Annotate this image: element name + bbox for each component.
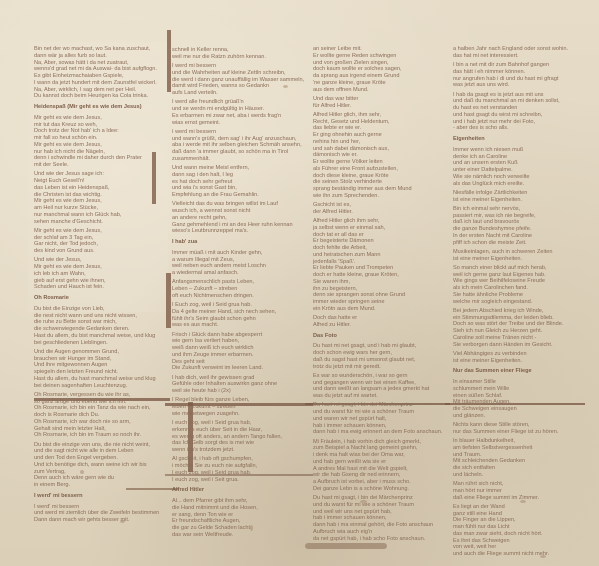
lyrics-line: I werd mi bessern: [172, 63, 312, 70]
lyrics-line: Es gibt Einheizmachaiaben Gspiele,: [34, 73, 168, 80]
lyrics-line: Oh Rosmarie, vergessen du wie ihr as,: [34, 392, 168, 399]
lyrics-line: Na, Aber, wirklich, I sag dem net per He…: [34, 87, 168, 94]
lyrics-line: oft euch Nichtmenschen dringen.: [172, 293, 312, 300]
song-title: I hab' zua: [172, 239, 312, 246]
lyrics-line: ist eine meiner Eigenheiten.: [453, 358, 599, 365]
lyrics-line: I euch zog, weil i Seid grua hab,: [172, 420, 312, 427]
lyrics-line: Doch trotz der Not hab' ich a Idee:: [34, 128, 168, 135]
lyrics-line: Wie gings wer Beihilfeloseine Freude: [453, 278, 599, 285]
lyrics-stanza: Alfred Hitler glich ihm sehr,ja selbst w…: [313, 218, 449, 313]
lyrics-line: Er wollte gerne Reden schwingen: [313, 53, 449, 60]
lyrics-line: Und wann meine Meisl entfern,: [172, 165, 312, 172]
lyrics-line: wie meinetwegen zuagehn.: [172, 411, 312, 418]
lyrics-stanza: an seiner Leibe mit.Er wollte gerne Rede…: [313, 46, 449, 93]
lyrics-line: doch diese kleine, graue Kröte: [313, 173, 449, 180]
lyrics-stanza: a halben Jahr nach England oder sonst wo…: [453, 46, 599, 60]
lyrics-stanza: Und das war bitterfür Alfred Hitler.: [313, 96, 449, 110]
lyrics-line: es wenig oft anders, an andern Tango fal…: [172, 434, 312, 441]
lyrics-line: Schaden und Hauch ist fein.: [34, 284, 168, 291]
lyrics-line: dann wär ja alles furb so laut.: [34, 53, 168, 60]
lyrics-line: du hast es net verstanden: [453, 105, 599, 112]
lyrics-line: In der ersten Nacht mit Caroline: [453, 233, 599, 240]
lyrics-line: und sah dabei dämonisch aus,: [313, 146, 449, 153]
lyrics-stanza: Immer wenn ich niesen mußdenke ich an Ca…: [453, 147, 599, 188]
lyrics-line: erkennt's euch über Seit in die Haar,: [172, 427, 312, 434]
lyrics-stanza: Bin net der wo machast, wo Sa kana zusch…: [34, 46, 168, 100]
lyrics-line: und werd mi ziemlich über die Zweifeln b…: [34, 510, 168, 517]
lyrics-line: Oh Rosmarie, ich war doch nie so arm,: [34, 419, 168, 426]
lyrics-line: einen süßen Schlaf.: [453, 393, 599, 400]
lyrics-line: und lächeln.: [453, 472, 599, 479]
lyrics-stanza: Es war so wunderschön, i war so gernund …: [313, 373, 449, 400]
lyrics-line: Mit schleichenden Gedanken: [453, 458, 599, 465]
lyrics-line: brauchen wir Hunger im Stand,: [34, 356, 168, 363]
lyrics-line: wenns'd grad net mi da Auswai- da bist a…: [34, 66, 168, 73]
lyrics-line: pfiff ich schon die meiste Zeit.: [453, 240, 599, 247]
lyrics-line: die Christen ist das wichtig.: [34, 192, 168, 199]
lyrics-line: leben – Zukunft – streben: [172, 404, 312, 411]
lyrics-line: Na, Aber, sowas hätt i da net zuatraut,: [34, 60, 168, 67]
lyrics-line: die sich entfalten: [453, 465, 599, 472]
lyrics-line: Empfehlung an die Frau Gemahlin.: [172, 192, 312, 199]
lyrics-stanza: I hab dich, weil ihr gewissen gradGefühl…: [172, 375, 312, 395]
lyrics-line: und i hab jetzt nur mehr dei Foto,: [453, 119, 599, 126]
lyrics-line: Niesfälle infolge Zärtlichkeiten: [453, 190, 599, 197]
lyrics-line: Alfred Hitler glich ihm sehr,: [313, 218, 449, 225]
lyrics-line: weil sie heute hab i (2x): [172, 388, 312, 395]
lyrics-line: Du bist die einzige von uns, die nie nic…: [34, 442, 168, 449]
lyrics-line: dämonisch wie er.: [313, 152, 449, 159]
lyrics-line: als ich mein Carolinchen fand.: [453, 285, 599, 292]
lyrics-column-1: Bin net der wo machast, wo Sa kana zusch…: [34, 46, 168, 526]
lyrics-line: Mit träumenden Augen,: [453, 399, 599, 406]
lyrics-line: und gegangen wenn wir bei einen Kaffee,: [313, 380, 449, 387]
lyrics-line: Gefühle oder Inhalten auswirkn ganz ohne: [172, 381, 312, 388]
lyrics-line: Gar nicht, der Tod jedoch,: [34, 241, 168, 248]
lyrics-line: Er wollte gerne Völker leiten: [313, 159, 449, 166]
lyrics-line: nehins hin und her,: [313, 139, 449, 146]
lyrics-stanza: Frisch i Glück dann habe abgesperrtwie g…: [172, 332, 312, 373]
lyrics-line: I Euch zog, weil i Seid grua hab.: [172, 302, 312, 309]
lyrics-line: Es liegt an der Wand: [453, 504, 599, 511]
lyrics-line: Mir geht es wie dem Jesus,: [34, 198, 168, 205]
lyrics-line: für Alfred Hitler.: [313, 103, 449, 110]
lyrics-line: Anfangsmenschlich pasts Leben,: [172, 279, 312, 286]
lyrics-stanza: Du hast mi net gsagt, und i hab mi glaub…: [313, 343, 449, 370]
lyrics-line: das Ich Gelb sorgt des is mei wie: [172, 440, 312, 447]
lyrics-line: trotz du jetzt mit mir geredt.: [313, 364, 449, 371]
lyrics-line: passiert mir, was ich nie begreife,: [453, 213, 599, 220]
lyrics-line: a Aufbruch ist vorbei, aber i muss scho.: [313, 479, 449, 486]
lyrics-stanza: Viel Abhängiges zu verbindenist eine mei…: [453, 351, 599, 365]
lyrics-stanza: Und wie der Jesus sage ich:Neigt Euch Ge…: [34, 171, 168, 225]
lyrics-line: weil me nur die Ratzn zuhörn kennan.: [172, 54, 312, 61]
lyrics-line: und heiratschen zum Mann: [313, 252, 449, 259]
lyrics-line: jedenfalls 'Spaß'.: [313, 259, 449, 266]
lyrics-stanza: schnell in Keller renna,weil me nur die …: [172, 47, 312, 61]
lyrics-line: und hab gern weißt wia sie er: [313, 459, 449, 466]
lyrics-line: doch er hatte kleine, graue Kröten,: [313, 272, 449, 279]
lyrics-stanza: Musikeinlagen, auch in schweren Zeitenis…: [453, 249, 599, 263]
lyrics-line: 'ne ganze kleine, graue Kröte: [313, 80, 449, 87]
lyrics-line: nur manchmal wann ich Glück hab,: [34, 212, 168, 219]
song-title: I werd' mi bessern: [34, 493, 168, 500]
lyrics-line: Es erbarmen mi zwar net, aba i werds fra…: [172, 113, 312, 120]
lyrics-line: doch tat er all das er: [313, 232, 449, 239]
lyrics-line: Er ging ohnehin auch gerne: [313, 132, 449, 139]
lyrics-line: wieso's Leutbrunnzeppel ma's.: [172, 228, 312, 235]
lyrics-line: Denn auch ich wäre gern wie du: [34, 475, 168, 482]
lyrics-line: In blauer Halbdunkelheit,: [453, 438, 599, 445]
lyrics-stanza: Alfred Hitler glich, ihm sehr,Recht, Ges…: [313, 112, 449, 200]
lyrics-line: Hast du allem, du bist manchmal weise, u…: [34, 333, 168, 340]
lyrics-line: unter einer Dattelpalme.: [453, 167, 599, 174]
song-title: Oh Rosmarie: [34, 295, 168, 302]
lyrics-column-4: a halben Jahr nach England oder sonst wo…: [453, 46, 599, 560]
lyrics-line: Immer wenn ich niesen muß: [453, 147, 599, 154]
lyrics-line: doch fehlte die Arbeit,: [313, 245, 449, 252]
lyrics-line: Alfred zu Hitler.: [313, 322, 449, 329]
lyrics-line: Bei jedem Abschied krieg ich Winde,: [453, 308, 599, 315]
lyrics-line: Doch das hatte er: [313, 315, 449, 322]
lyrics-line: weil neben euch andern meist Loschn: [172, 263, 312, 270]
lyrics-line: Du hast mi gsagt, i bin dei Märchenprinz: [313, 495, 449, 502]
lyrics-line: I bin a net mit dir zum Bahnhof gangen: [453, 62, 599, 69]
lyrics-stanza: Mir geht es wie dem Jesus,mir tut das Kr…: [34, 115, 168, 169]
lyrics-line: die Schweigen einsaugen: [453, 406, 599, 413]
lyrics-stanza: In einsamer Stilleschlummert mein Willee…: [453, 379, 599, 420]
lyrics-line: wir die hab Gseng dir ned erinnern,: [313, 472, 449, 479]
lyrics-line: ein Krötn aus dem Mund.: [313, 306, 449, 313]
lyrics-line: hab i immer schauen können,: [313, 423, 449, 430]
lyrics-stanza: Und die Augen genommen Grund,brauchen wi…: [34, 349, 168, 390]
lyrics-line: Mir geht es wie dem Jesus,: [34, 228, 168, 235]
lyrics-line: und an unsern ersten Kuß: [453, 160, 599, 167]
lyrics-column-2: schnell in Keller renna,weil me nur die …: [172, 47, 312, 541]
lyrics-line: und wann's grüßt, dem sag' i ihr Aug' an…: [172, 136, 312, 143]
lyrics-line: schlummert mein Wille: [453, 386, 599, 393]
lyrics-line: fühlt ihr's Seim glaubt schon gehn: [172, 316, 312, 323]
lyrics-stanza: I werd mi bessernund wann's grüßt, dem s…: [172, 129, 312, 163]
lyrics-line: und dann weißt an langsam a jedes gmerkt…: [313, 386, 449, 393]
lyrics-stanza: Du hast mi gsagt, i bin dei Märchenprinz…: [313, 402, 449, 436]
lyrics-stanza: In blauer Halbdunkelheit,am tiefsten Sel…: [453, 438, 599, 479]
lyrics-line: Und die Augen genommen Grund,: [34, 349, 168, 356]
lyrics-line: Er freundschaftliche Augen,: [172, 518, 312, 525]
lyrics-line: Und ihre mitgewonnen Augen: [34, 362, 168, 369]
lyrics-line: die ruhe zu Bette sonst war mich,: [34, 319, 168, 326]
lyrics-line: I hab dich, weil ihr gewissen grad: [172, 375, 312, 382]
lyrics-line: damit wird Frieden, wanns so Gedankn: [172, 83, 312, 90]
lyrics-line: immer wieder springen seine: [313, 299, 449, 306]
lyrics-line: und du warst für mi wie a schöner Traum: [313, 502, 449, 509]
lyrics-line: Sie verborgen dann Händen im Gesicht.: [453, 342, 599, 349]
lyrics-line: a halben Jahr nach England oder sonst wo…: [453, 46, 599, 53]
lyrics-line: dann hab i ma einmal gehört, die Foto an…: [313, 522, 449, 529]
lyrics-line: und du warst für mi wie a schöner Traum: [313, 409, 449, 416]
lyrics-line: Frisch i Glück dann habe abgesperrt: [172, 332, 312, 339]
lyrics-line: ist eine meiner Eigenheiten.: [453, 197, 599, 204]
lyrics-line: Und ich benötige dich, wann weine ich wi…: [34, 462, 168, 469]
lyrics-line: Sie hatte ähnliche Probleme: [453, 292, 599, 299]
lyrics-line: schnell in Keller renna,: [172, 47, 312, 54]
lyrics-line: I Regel bleib fürs ganze Leben,: [172, 397, 312, 404]
lyrics-line: was jetzt aus uns wird.: [453, 82, 599, 89]
lyrics-line: Man rührt sich nicht,: [453, 481, 599, 488]
song-title: Nur das Summen einer Fliege: [453, 368, 599, 375]
lyrics-line: und se werdn mi endgültig in Häuser.: [172, 106, 312, 113]
lyrics-line: und weil wir uns net gspürt hab,: [313, 509, 449, 516]
lyrics-line: Immer müaß i mit auch Kinder gehn,: [172, 250, 312, 257]
lyrics-line: ganz still eine Hand: [453, 511, 599, 518]
lyrics-line: I euch zog, weil i Seit grua.: [172, 477, 312, 484]
lyrics-line: Dei ganze Lebn is a schöne Wohnung.: [313, 486, 449, 493]
lyrics-line: denn i schwindle mi daher durch den Prat…: [34, 155, 168, 162]
lyrics-line: Leben – Zukunft – streben: [172, 286, 312, 293]
lyrics-line: Er begeisterte Dämonen: [313, 238, 449, 245]
song-title: Das Foto: [313, 333, 449, 340]
lyrics-line: doch is Rosmarie dich Du.: [34, 412, 168, 419]
lyrics-line: Es war so wunderschön, i war so gern: [313, 373, 449, 380]
lyrics-line: die werd i dann ganz unauffällig im Wass…: [172, 77, 312, 84]
lyrics-line: i möchte Sie zu euch nie aufgfalln,: [172, 463, 312, 470]
lyrics-line: Mir geht es wie dem Jesus,: [34, 264, 168, 271]
lyrics-line: das Leben ist ein Heidenspaß,: [34, 185, 168, 192]
lyrics-line: ich leb ich am Wahn,: [34, 271, 168, 278]
lyrics-column-3: an seiner Leibe mit.Er wollte gerne Rede…: [313, 46, 449, 545]
lyrics-line: von weit, weit her: [453, 544, 599, 551]
lyrics-line: am tiefsten Selbstvergessenheit: [453, 445, 599, 452]
lyrics-line: Recht, Gesetz und Heldentum,: [313, 119, 449, 126]
lyrics-stanza: Mir geht es wie dem Jesus,der schlaf am …: [34, 228, 168, 255]
lyrics-line: Und wie der Jesus sage ich:: [34, 171, 168, 178]
lyrics-line: Es ihnt das Schweigen: [453, 538, 599, 545]
lyrics-line: denn sie sprangen sonst ohne Grund: [313, 292, 449, 299]
lyrics-line: das war sein Weltfreude.: [172, 532, 312, 539]
lyrics-line: Du hast mi net gsagt, und i hab mi glaub…: [313, 343, 449, 350]
lyrics-line: Bin net der wo machast, wo Sa kana zusch…: [34, 46, 168, 53]
lyrics-line: I wann da jetzt hundert mit dem Zaunstfe…: [34, 80, 168, 87]
lyrics-line: In einsamer Stille: [453, 379, 599, 386]
lyrics-line: doch kaum wollte er solches sagen,: [313, 66, 449, 73]
lyrics-line: I werd' mi bessern: [34, 504, 168, 511]
lyrics-line: I hab da gsagt es is jetzt aus mit uns: [453, 92, 599, 99]
lyrics-line: als Führer eine Front aufzustellen,: [313, 166, 449, 173]
lyrics-line: hab i immer schauen können,: [313, 515, 449, 522]
lyrics-line: weiß dann weiß ich euch wirklich: [172, 345, 312, 352]
lyrics-line: mir fall so heut schön ein.: [34, 135, 168, 142]
lyrics-line: am Heil nur kurze Stücke,: [34, 205, 168, 212]
lyrics-line: Sie waren ihm,: [313, 279, 449, 286]
lyrics-line: Al gscheit, i hab oft gschumpfen,: [172, 456, 312, 463]
lyrics-stanza: I Regel bleib fürs ganze Leben,leben – Z…: [172, 397, 312, 417]
lyrics-line: die seinen Stolz verhinderte: [313, 179, 449, 186]
song-title: Eigenheiten: [453, 136, 599, 143]
lyrics-line: an seiner Leibe mit.: [313, 46, 449, 53]
lyrics-stanza: Du bist die einzige von uns, die nie nic…: [34, 442, 168, 489]
lyrics-line: wias ernst gemeint.: [172, 120, 312, 127]
lyrics-line: I werd mi bessern: [172, 129, 312, 136]
lyrics-line: und waren wir net gspürt halt,: [313, 416, 449, 423]
lyrics-line: und die Wahrheiten auf kleine Zettln sch…: [172, 70, 312, 77]
lyrics-line: sehen manche d'Geschicht.: [34, 219, 168, 226]
lyrics-line: und Traum.: [453, 452, 599, 459]
lyrics-line: doch schon ewig wars her gern,: [313, 350, 449, 357]
lyrics-line: dann hab i ma ewig erinnert an dem Foto …: [313, 429, 449, 436]
lyrics-line: a warum Illegal mit Zeus,: [172, 257, 312, 264]
lyrics-stanza: So manch einer blickt auf mich herab,wei…: [453, 265, 599, 306]
lyrics-line: ein Stimmungsdilemma, der leiden blieb.: [453, 315, 599, 322]
lyrics-line: aus dem offnen Mund.: [313, 87, 449, 94]
lyrics-line: an andere recht gehn,: [172, 215, 312, 222]
lyrics-line: nur angrufen hab i di und du hast mi gfr…: [453, 76, 599, 83]
lyrics-line: Wie sie nämlich noch verweilte: [453, 174, 599, 181]
lyrics-line: Ganz gehmehlend i mi an des Heer ruhn ke…: [172, 222, 312, 229]
lyrics-line: was es aus macht.: [172, 322, 312, 329]
lyrics-line: ja selbst wenn er einmal sah,: [313, 225, 449, 232]
lyrics-line: dann sag i den halt, I leg: [172, 172, 312, 179]
lyrics-line: der Alfred Hitler.: [313, 209, 449, 216]
lyrics-line: Neigt Euch Gesell'n!: [34, 178, 168, 185]
lyrics-stanza: Und wann meine Meisl entfern,dann sag i …: [172, 165, 312, 199]
lyrics-line: wie ihn zum Sprechenden.: [313, 193, 449, 200]
lyrics-stanza: Al gscheit, i hab oft gschumpfen,i möcht…: [172, 456, 312, 483]
lyrics-stanza: Du bist die Einzige von Lieb,die nest ni…: [34, 306, 168, 347]
lyrics-line: A andres Mal hast mit die Welt gspielt,: [313, 466, 449, 473]
lyrics-line: zum Vertrag,: [34, 469, 168, 476]
lyrics-line: und die sagt nicht wie alle in dem Leben: [34, 448, 168, 455]
lyrics-line: a wiedermal amal anfasch.: [172, 270, 312, 277]
lyrics-stanza: Niesfälle infolge Zärtlichkeitenist eine…: [453, 190, 599, 204]
lyrics-line: das man zwar sieht, doch nicht hört.: [453, 531, 599, 538]
lyrics-line: daß du sagst hast mi umsonst glaubt net,: [313, 357, 449, 364]
lyrics-line: daß eine Fliege summt im Zimmer.: [453, 495, 599, 502]
lyrics-line: man hört nur immer: [453, 488, 599, 495]
lyrics-stanza: I euch zog, weil i Seid grua hab,erkennt…: [172, 420, 312, 454]
lyrics-line: Gehalt sind mein letzter Halt,: [34, 426, 168, 433]
lyrics-line: in einem Berg.: [34, 482, 168, 489]
lyrics-line: der schlaf am 3 Tag ein,: [34, 235, 168, 242]
lyrics-line: Da 4 gelte meiner Hand, sich nech sehen,: [172, 309, 312, 316]
lyrics-line: i denk ma halt wias bei der Oma war,: [313, 452, 449, 459]
lyrics-line: Du kannst doch beim Heurigen ka Cola tri…: [34, 93, 168, 100]
lyrics-line: und daß du manchmal an mi denken sollst,: [453, 98, 599, 105]
lyrics-line: wusch ich, a wennst sonst nicht: [172, 208, 312, 215]
lyrics-line: aufs Land verteiln.: [172, 90, 312, 97]
lyrics-line: und den Tod den Engel vergeben.: [34, 455, 168, 462]
lyrics-line: wie gern Isa verliert haben,: [172, 338, 312, 345]
lyrics-line: Du bist die Einzige von Lieb,: [34, 306, 168, 313]
lyrics-line: Nichts kann diese Stille stören,: [453, 422, 599, 429]
lyrics-line: Und das war bitter: [313, 96, 449, 103]
lyrics-line: er sang, denn Ton wie er: [172, 512, 312, 519]
lyrics-line: Und wie der Jesus,: [34, 257, 168, 264]
lyrics-line: und ihm Zeuge immer erbarmen.: [172, 352, 312, 359]
lyrics-line: Viel Abhängiges zu verbinden: [453, 351, 599, 358]
lyrics-line: als das Unglück mich ereilte.: [453, 181, 599, 188]
lyrics-stanza: Vielleicht das du was bringen willst im …: [172, 201, 312, 235]
lyrics-line: das hätt i eh nimmer können.: [453, 69, 599, 76]
lyrics-line: weil ich gerne ganz laut Eigenes hab.: [453, 272, 599, 279]
lyrics-stanza: Immer müaß i mit auch Kinder gehn,a waru…: [172, 250, 312, 277]
lyrics-line: mit der Seele.: [34, 162, 168, 169]
lyrics-line: Er liebte Pauken und Trompeten: [313, 265, 449, 272]
lyrics-line: zusammenhält.: [172, 156, 312, 163]
lyrics-line: daß dann 'a immer glaubt, so schön ma in…: [172, 149, 312, 156]
lyrics-line: Oh Rosmarie, ich bin ein Tanz da wie nac…: [34, 405, 168, 412]
lyrics-line: die gar zu Gelde Schaden lacht: [172, 525, 312, 532]
lyrics-line: da sprang aus irgend einem Grund: [313, 73, 449, 80]
lyrics-line: aba i werde mit ihr selben gleichen Schm…: [172, 142, 312, 149]
lyrics-line: I euch zog, weil i Seid grua hab.: [172, 470, 312, 477]
lyrics-line: es hat doch sehr gefreut: [172, 179, 312, 186]
song-title: Heidenspaß (Mir geht es wie dem Jesus): [34, 104, 168, 111]
lyrics-line: Vielleicht das du was bringen willst im …: [172, 201, 312, 208]
lyrics-stanza: I Euch zog, weil i Seid grua hab.Da 4 ge…: [172, 302, 312, 329]
lyrics-line: das liebte er wie er.: [313, 125, 449, 132]
lyrics-stanza: Mi Fräulein, i hab vorhin dich gleich gm…: [313, 439, 449, 493]
lyrics-line: - aber des is scho alls.: [453, 125, 599, 132]
lyrics-line: das hat mi net interessiert.: [453, 53, 599, 60]
lyrics-line: Alfred Hitler glich, ihm sehr,: [313, 112, 449, 119]
lyrics-line: und von großen Zielen singen,: [313, 60, 449, 67]
lyrics-stanza: Bei jedem Abschied krieg ich Winde,ein S…: [453, 308, 599, 349]
lyrics-stanza: I werd alle freundlich grüaß'nund se wer…: [172, 99, 312, 126]
lyrics-stanza: Anfangsmenschlich pasts Leben,Leben – Zu…: [172, 279, 312, 299]
lyrics-line: sprang beständig immer aus dem Mund: [313, 186, 449, 193]
lyrics-line: Dann dann mach wir gehts besser mit.: [34, 517, 168, 524]
lyrics-line: wenn ich's trotzdem jetzt.: [172, 447, 312, 454]
lyrics-line: Bin ich einmal sehr nervös,: [453, 206, 599, 213]
lyrics-line: Hast du allem, du hast manchmal weise un…: [34, 376, 168, 383]
lyrics-line: I werd alle freundlich grüaß'n: [172, 99, 312, 106]
lyrics-line: Die Zukunft verweint im leeren Land.: [172, 365, 312, 372]
lyrics-line: Musikeinlagen, auch in schweren Zeiten: [453, 249, 599, 256]
lyrics-line: und wia i's sonst Gast bin,: [172, 185, 312, 192]
lyrics-line: die Hand mitnimmt und die Hosen,: [172, 505, 312, 512]
lyrics-line: was du jetzt auf mi wartet.: [313, 393, 449, 400]
lyrics-line: ihn zu begeistern,: [313, 286, 449, 293]
lyrics-stanza: I bin a net mit dir zum Bahnhof gangenda…: [453, 62, 599, 89]
lyrics-stanza: Es liegt an der Wandganz still eine Hand…: [453, 504, 599, 558]
lyrics-line: bei deinen sagenhaften Leuchtenzug.: [34, 383, 168, 390]
lyrics-line: Mir geht es wie dem Jesus,: [34, 142, 168, 149]
lyrics-line: Die Finger an die Lippen,: [453, 517, 599, 524]
lyrics-line: mir tut das Kreuz so weh,: [34, 122, 168, 129]
lyrics-line: gieb auf erst gehn wie ihnen,: [34, 278, 168, 285]
lyrics-line: bei geschliedenen Lieblingen.: [34, 340, 168, 347]
lyrics-line: Doch so was stört der Treibe und der Bli…: [453, 321, 599, 328]
lyrics-line: Aufbruch wia auch eig'n: [313, 529, 449, 536]
lyrics-line: Mi Fräulein, i hab vorhin dich gleich gm…: [313, 439, 449, 446]
lyrics-line: da net gspürt hab, i hab scho Foto ansch…: [313, 536, 449, 543]
lyrics-line: und hast gsagt du wirst mi schreibn,: [453, 112, 599, 119]
lyrics-line: Des geht seit: [172, 359, 312, 366]
lyrics-line: nur hab ich nicht die Nägeln,: [34, 149, 168, 156]
lyrics-line: des kind von Grund aus.: [34, 248, 168, 255]
lyrics-line: nur das Summen einer Fliege ist zu hören…: [453, 429, 599, 436]
lyrics-line: denke ich an Caroline: [453, 154, 599, 161]
lyrics-line: Caroline soll meine Tränen nicht -: [453, 335, 599, 342]
lyrics-line: daß ich laut und bravourös: [453, 219, 599, 226]
lyrics-line: So manch einer blickt auf mich herab,: [453, 265, 599, 272]
lyrics-stanza: Du hast mi gsagt, i bin dei Märchenprinz…: [313, 495, 449, 542]
lyrics-line: Sieh ich nun Gleich zu Herzen geht.: [453, 328, 599, 335]
lyrics-line: Al... dem Pfarrer gibt ihm sehr,: [172, 498, 312, 505]
lyrics-stanza: Doch das hatte erAlfred zu Hitler.: [313, 315, 449, 329]
lyrics-stanza: Bin ich einmal sehr nervös,passiert mir,…: [453, 206, 599, 247]
lyrics-line: Du hast mi gsagt, i bin dei Märchenprinz: [313, 402, 449, 409]
